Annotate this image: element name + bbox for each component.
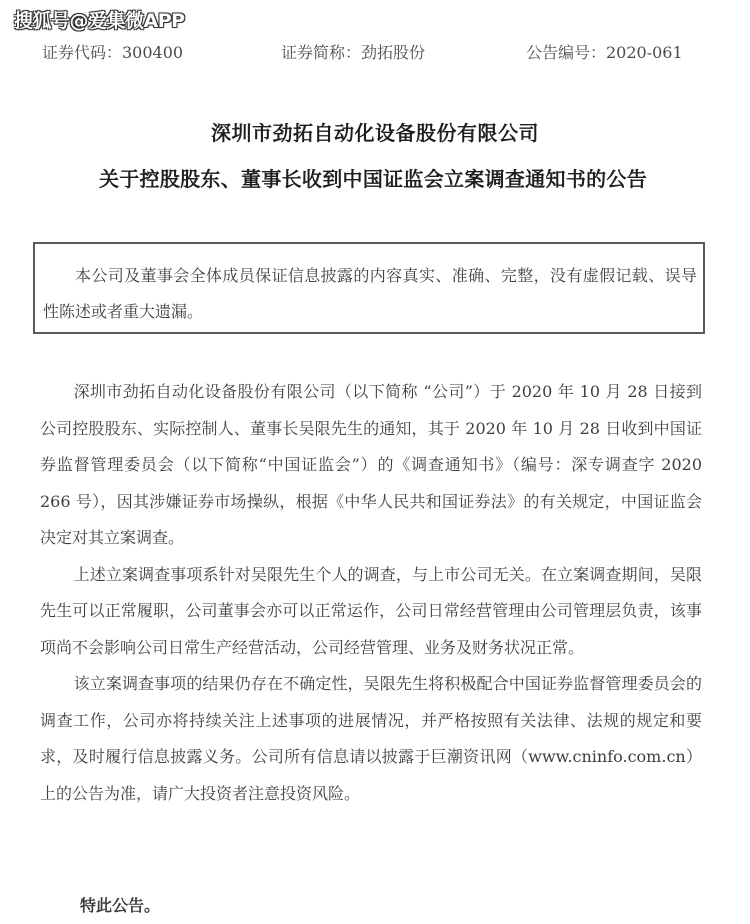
announcement-title: 关于控股股东、董事长收到中国证监会立案调查通知书的公告: [0, 163, 748, 192]
disclaimer-text: 本公司及董事会全体成员保证信息披露的内容真实、准确、完整，没有虚假记载、误导性陈…: [43, 258, 697, 330]
disclaimer-box: 本公司及董事会全体成员保证信息披露的内容真实、准确、完整，没有虚假记载、误导性陈…: [33, 242, 705, 334]
company-title: 深圳市劲拓自动化设备股份有限公司: [0, 117, 750, 146]
announcement-body: 深圳市劲拓自动化设备股份有限公司（以下简称 “公司”）于 2020 年 10 月…: [40, 374, 702, 812]
announcement-number: 公告编号：2020-061: [526, 40, 683, 63]
closing-statement: 特此公告。: [80, 893, 160, 916]
stock-name: 证券简称：劲拓股份: [281, 40, 425, 63]
paragraph-notice: 深圳市劲拓自动化设备股份有限公司（以下简称 “公司”）于 2020 年 10 月…: [40, 374, 702, 557]
paragraph-risk: 该立案调查事项的结果仍存在不确定性，吴限先生将积极配合中国证券监督管理委员会的调…: [40, 666, 702, 812]
stock-code: 证券代码：300400: [42, 40, 183, 63]
paragraph-scope: 上述立案调查事项系针对吴限先生个人的调查，与上市公司无关。在立案调查期间，吴限先…: [40, 557, 702, 667]
watermark: 搜狐号@爱集微APP: [14, 6, 185, 33]
announcement-meta-row: 证券代码：300400 证券简称：劲拓股份 公告编号：2020-061: [0, 40, 750, 66]
